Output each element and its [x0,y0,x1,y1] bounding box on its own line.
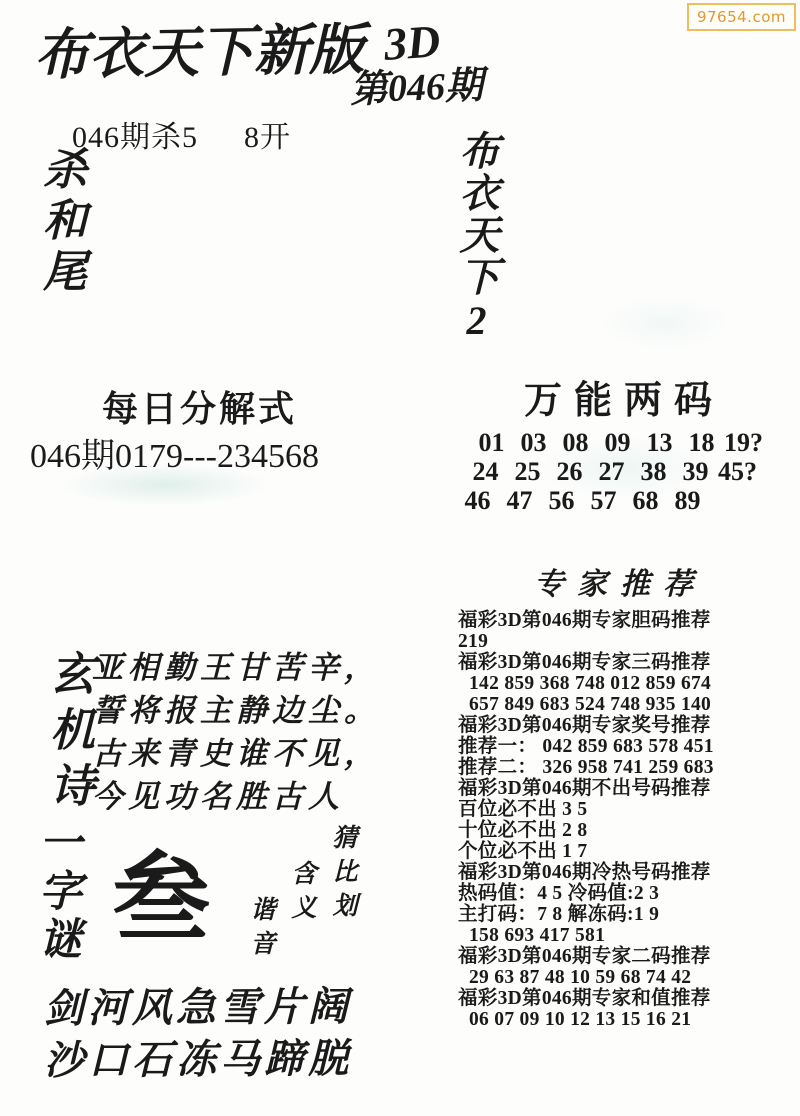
code-number: 19? [724,428,763,457]
mystery-poem: 亚相勤王甘苦辛， 誓将报主静边尘。 古来青史谁不见， 今见功名胜古人 [92,646,380,818]
poem-line: 誓将报主静边尘。 [92,689,380,732]
kill-open-text: 8开 [244,118,291,158]
expert-line: 福彩3D第046期不出号码推荐 [458,778,782,799]
code-number: 38 [634,457,673,486]
sheet-title: 布衣天下新版 [33,19,364,87]
code-row: 01 03 08 09 13 18 19? [472,428,788,457]
expert-line: 十位必不出 2 8 [458,820,782,841]
poem-line: 古来青史谁不见， [92,732,380,775]
couplet-line: 沙口石冻马蹄脱 [44,1033,352,1087]
expert-line: 158 693 417 581 [458,925,782,946]
expert-line: 福彩3D第046期专家三码推荐 [458,652,782,673]
code-row: 24 25 26 27 38 39 45? [466,457,788,486]
expert-line: 福彩3D第046期冷热号码推荐 [458,862,782,883]
expert-line: 29 63 87 48 10 59 68 74 42 [458,967,782,988]
riddle-answer-character: 叁 [112,844,210,956]
expert-line: 主打码：7 8 解冻码:1 9 [458,904,782,925]
lottery-sheet-page: { "colors": { "ink": "#1a1a1a", "accent_… [0,0,800,1116]
expert-line: 福彩3D第046期专家奖号推荐 [458,715,782,736]
brand-vertical: 布衣天下2 [448,130,505,345]
expert-line: 福彩3D第046期专家胆码推荐 [458,610,782,631]
expert-line: 657 849 683 524 748 935 140 [458,694,782,715]
expert-line: 热码值：4 5 冷码值:2 3 [458,883,782,904]
two-codes-heading: 万能两码 [460,378,788,424]
code-number: 46 [458,486,497,515]
daily-decomposition-formula: 046期0179---234568 [30,436,319,478]
poem-line: 今见功名胜古人 [92,775,380,818]
code-number: 68 [626,486,665,515]
couplet-line: 剑河风急雪片阔 [44,981,352,1035]
code-number: 25 [508,457,547,486]
expert-line: 推荐一： 042 859 683 578 451 [458,736,782,757]
code-number: 56 [542,486,581,515]
code-number: 89 [668,486,707,515]
code-number: 24 [466,457,505,486]
code-number: 01 [472,428,511,457]
bottom-couplet: 剑河风急雪片阔 沙口石冻马蹄脱 [44,981,353,1087]
code-number: 47 [500,486,539,515]
expert-line: 百位必不出 3 5 [458,799,782,820]
code-number: 08 [556,428,595,457]
expert-line: 福彩3D第046期专家和值推荐 [458,988,782,1009]
expert-line: 福彩3D第046期专家二码推荐 [458,946,782,967]
expert-line: 个位必不出 1 7 [458,841,782,862]
poem-line: 亚相勤王甘苦辛， [92,646,380,689]
expert-heading: 专家推荐 [458,566,782,604]
site-watermark: 97654.com [687,3,796,31]
riddle-hint: 猜比划 [324,824,360,926]
riddle-hints: 猜比划 含义 谐音 [242,824,360,964]
game-name: 3D [382,16,442,70]
expert-line: 219 [458,631,782,652]
code-number: 03 [514,428,553,457]
kill-line: 046期杀5 8开 [72,118,291,158]
code-number: 13 [640,428,679,457]
expert-line: 06 07 09 10 12 13 15 16 21 [458,1009,782,1030]
riddle-hint: 谐音 [242,896,278,964]
code-number: 09 [598,428,637,457]
expert-section: 专家推荐 福彩3D第046期专家胆码推荐 219 福彩3D第046期专家三码推荐… [458,566,782,1030]
code-number: 39 [676,457,715,486]
riddle-hint: 含义 [283,860,319,928]
kill-sum-tail-vertical: 杀和尾 [28,146,92,299]
riddle-label: 一字谜 [26,820,87,964]
issue-number: 第046期 [349,64,483,113]
code-number: 18 [682,428,721,457]
scan-smudge [600,296,730,350]
expert-line: 142 859 368 748 012 859 674 [458,673,782,694]
code-number: 45? [718,457,757,486]
code-number: 57 [584,486,623,515]
expert-lines: 福彩3D第046期专家胆码推荐 219 福彩3D第046期专家三码推荐 142 … [458,610,782,1030]
code-number: 26 [550,457,589,486]
two-codes-grid: 01 03 08 09 13 18 19? 24 [452,428,788,515]
two-codes-section: 万能两码 01 03 08 09 13 18 19? [452,378,788,515]
code-row: 46 47 56 57 68 89 [458,486,788,515]
expert-line: 推荐二： 326 958 741 259 683 [458,757,782,778]
code-number: 27 [592,457,631,486]
daily-decomposition-heading: 每日分解式 [102,388,297,430]
